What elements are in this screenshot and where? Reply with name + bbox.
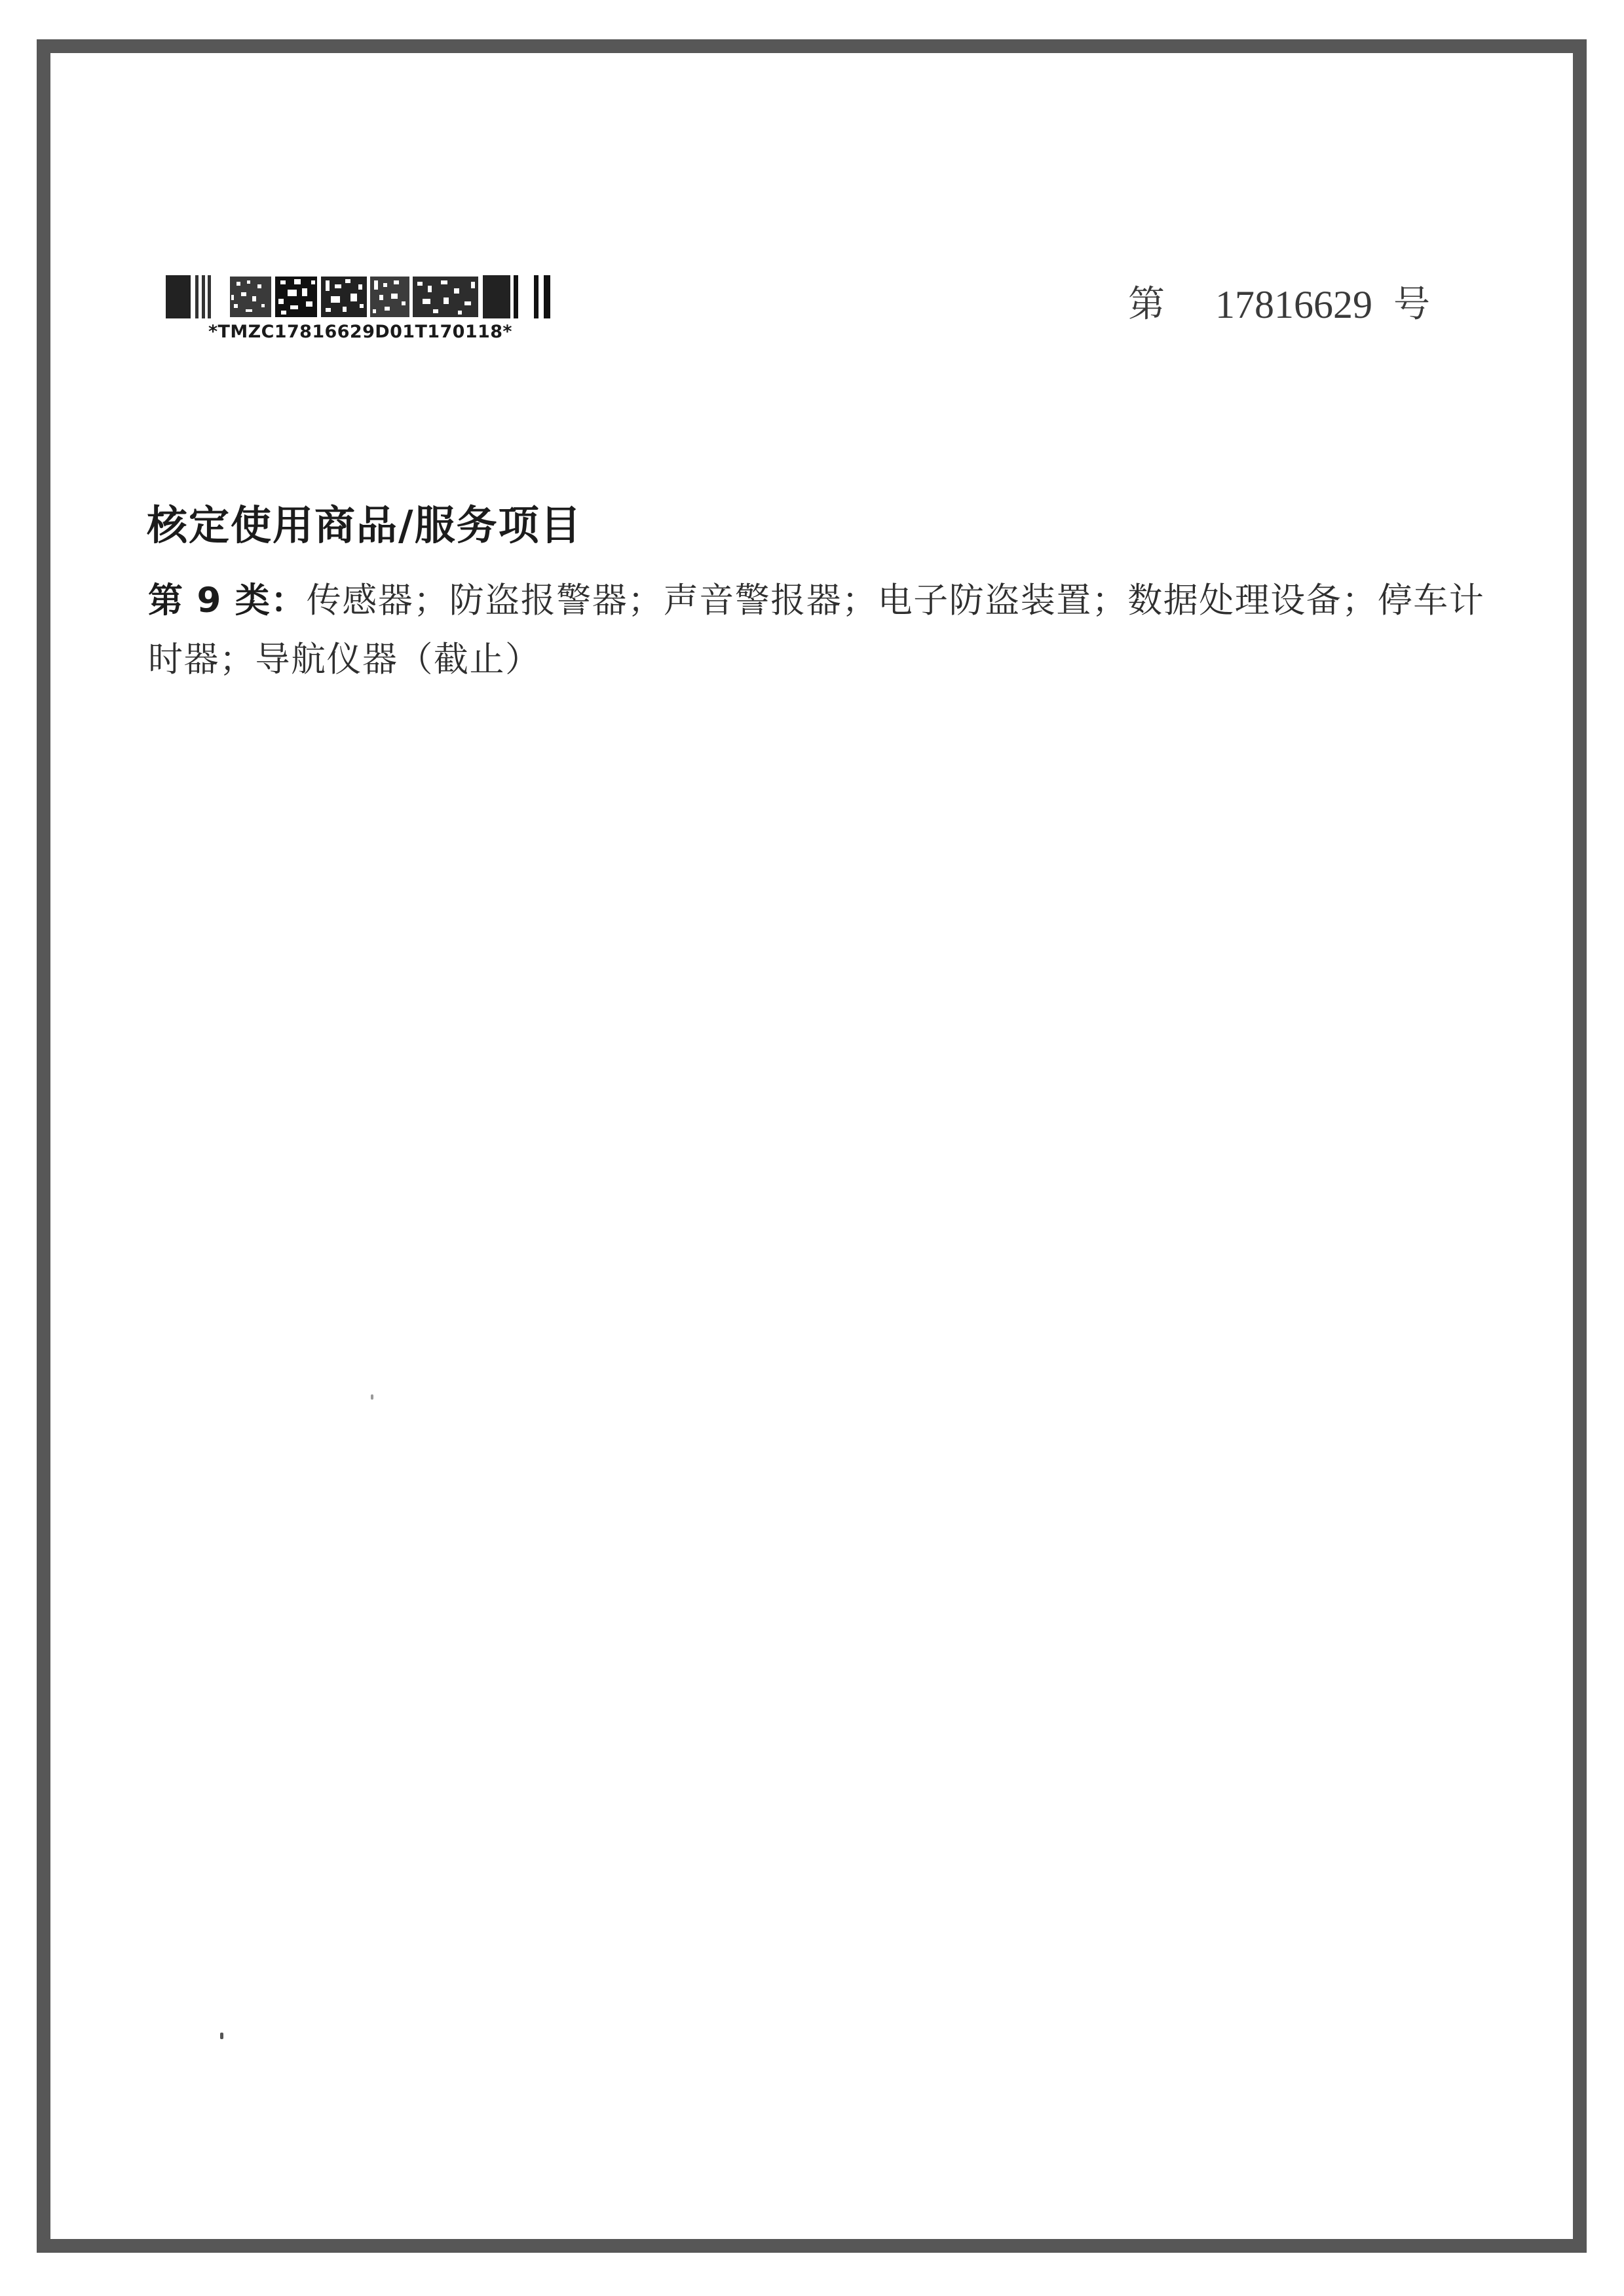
section-title: 核定使用商品/服务项目	[147, 499, 582, 552]
barcode-graphic	[166, 275, 552, 318]
class-label: 第 9 类：	[148, 581, 307, 621]
page-border-frame	[37, 39, 1587, 2253]
barcode-caption: *TMZC17816629D01T170118*	[208, 322, 556, 343]
scan-speck	[371, 1394, 373, 1400]
registration-number-value: 17816629	[1215, 278, 1372, 331]
barcode	[166, 275, 552, 318]
registration-number: 第 17816629 号	[1128, 278, 1482, 331]
scan-speck	[220, 2033, 223, 2039]
goods-services-list: 第 9 类：传感器；防盗报警器；声音警报器；电子防盗装置；数据处理设备；停车计时…	[148, 571, 1498, 689]
registration-prefix: 第	[1128, 278, 1165, 331]
goods-items-text: 传感器；防盗报警器；声音警报器；电子防盗装置；数据处理设备；停车计时器；导航仪器…	[148, 581, 1484, 679]
registration-suffix: 号	[1393, 278, 1430, 331]
